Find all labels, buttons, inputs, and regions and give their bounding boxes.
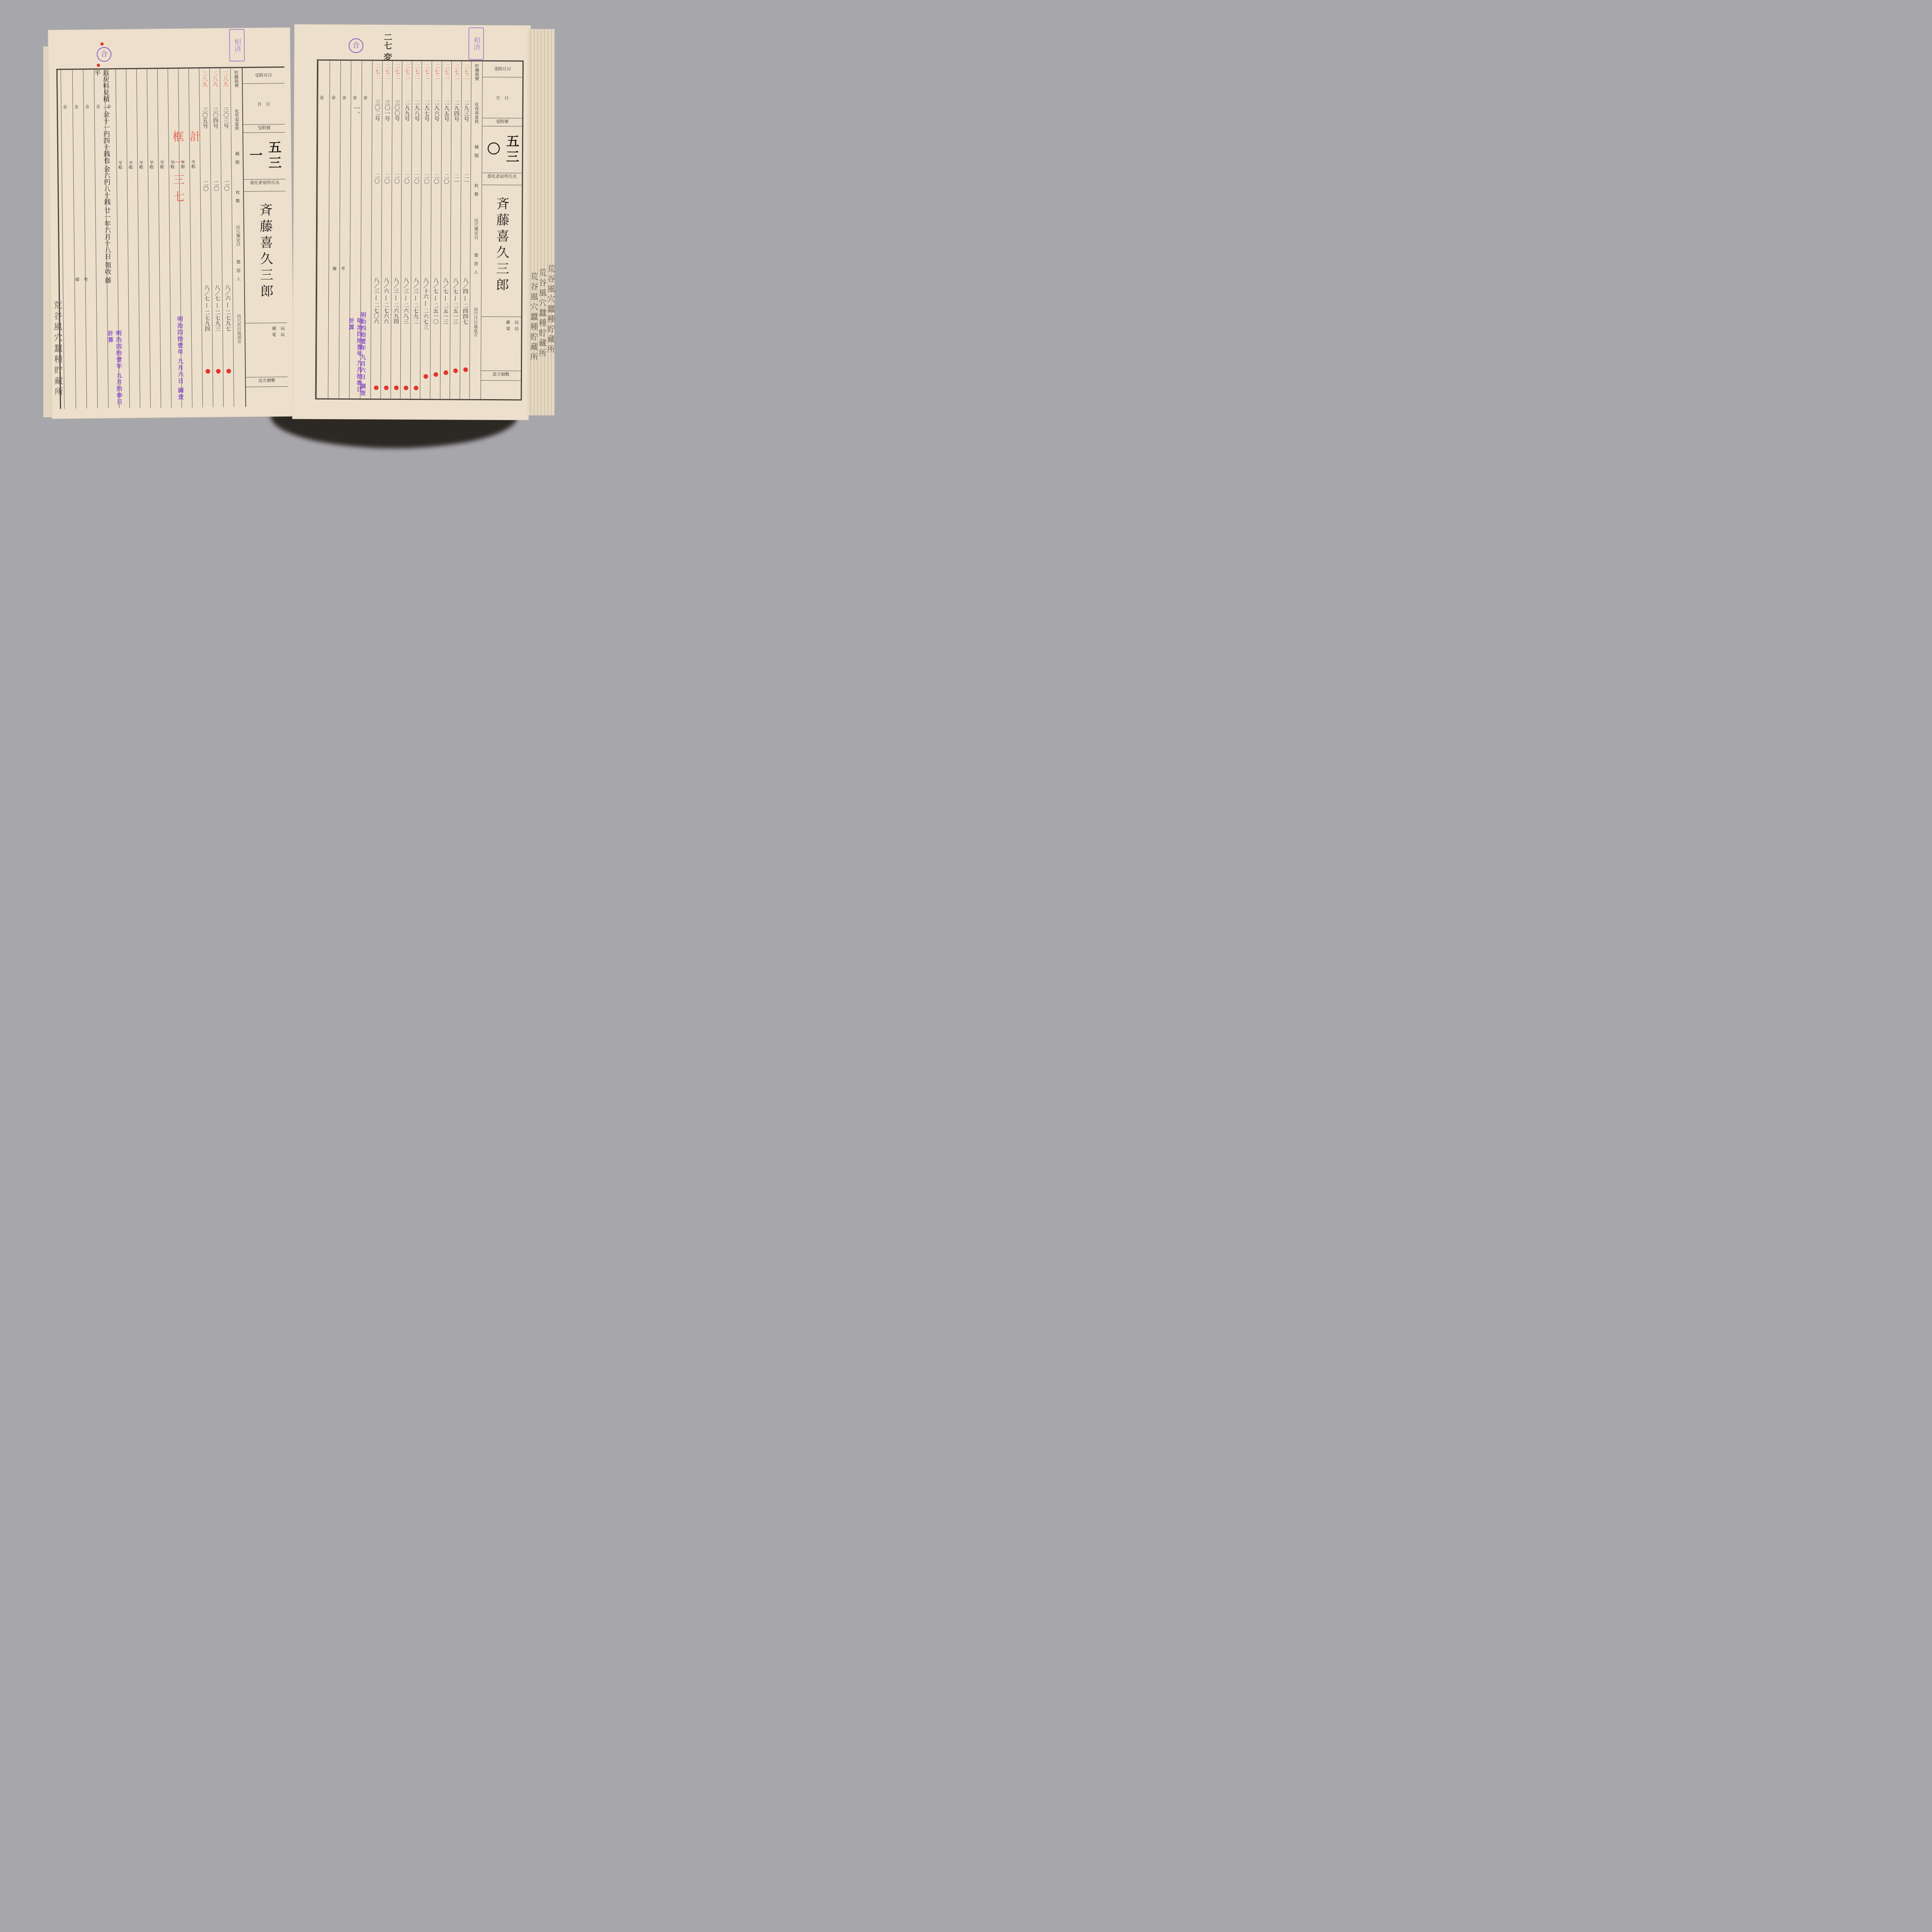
receipt-number-cell: 五三一 [243, 133, 286, 180]
header-change-note: 二七 変 [381, 33, 393, 61]
frame-unit-label: 平框 [117, 161, 123, 169]
fee-column: 金 [316, 61, 330, 398]
maker-label: 製 造 人 [236, 260, 241, 314]
return-date: 八／四 — 二四四七 [462, 278, 468, 367]
calculation-date-stamp: 明治四拾壹年 九月拾参日計算 [347, 318, 364, 398]
return-date: 八／七 — 二七九三 [214, 285, 221, 374]
fee-handwritten-note: 返戻料見積 一金十一円四十銭也 金六円八十銭 廿一年六月十八日 領收 藤平 [92, 70, 112, 286]
red-seal-dot [434, 372, 438, 377]
red-seal-dot [206, 369, 210, 374]
variety-label: 化性春夏秋 [474, 102, 480, 145]
box-number: 二八九 [201, 71, 208, 102]
red-dot [100, 43, 104, 46]
receipt-info-column: 受附月日 月 日 受附號 五三一 委托者宿所氏名 斉藤喜久三郎 郵 局 電 局 … [242, 68, 288, 407]
frame-count: 二〇 [202, 180, 209, 196]
red-seal-dot [463, 367, 468, 372]
return-date: 八／七 — 二五一三 [442, 277, 449, 366]
ledger-spine-title: 荒谷風穴蠶種貯藏所 [51, 301, 64, 398]
frame-count: 二〇 [433, 173, 439, 189]
maker-name: 斉藤喜久三郎 [255, 203, 276, 300]
completed-stamp-rect: 相済 [468, 27, 484, 60]
field-labels-column: 貯藏箱號 化性春夏秋 種 類 枚 數 出穴豫定日 製 造 人 出穴月日返送方 [469, 61, 482, 399]
money-label: 金 [351, 95, 357, 100]
storage-box-label: 貯藏箱號 [234, 70, 239, 105]
variety-number: 二九三号 [463, 100, 469, 143]
frame-count: 二〇 [374, 173, 380, 188]
receipt-number-label: 受附號 [482, 118, 522, 127]
frame-count: 二〇 [443, 173, 449, 189]
scheduled-out-label: 出穴豫定日 [473, 218, 478, 253]
red-dot [97, 64, 100, 67]
red-seal-dot [453, 369, 458, 373]
variety-number: 二九五号 [443, 100, 450, 142]
red-seal-dot [394, 386, 398, 390]
type-label: 種 類 [235, 151, 240, 190]
frame-count: 二〇 [413, 173, 419, 189]
variety-number: 三〇一号 [384, 100, 390, 142]
variety-label: 化性春夏秋 [234, 109, 240, 151]
box-number: 二七二 [394, 63, 400, 94]
maker-cell: 斉藤喜久三郎 [481, 185, 522, 317]
return-date: 八／六 — 二七九七 [224, 284, 231, 373]
storage-box-label: 貯藏箱號 [474, 64, 479, 99]
maker-label: 製 造 人 [473, 253, 478, 307]
box-number: 二七二 [423, 63, 430, 94]
telegraph-office-label: 電 局 [483, 325, 519, 332]
receipt-info-column: 受附月日 月 日 受附號 五三〇 委托者宿所氏名 斉藤喜久三郎 郵 局 電 局 … [480, 61, 522, 400]
return-count-label: 送方個數 [246, 377, 287, 387]
money-label: 金 [84, 104, 90, 109]
variety-number: 二九七号 [423, 100, 430, 142]
count-label: 枚 數 [474, 184, 479, 218]
return-date: 八／三 — 二七〇六 [373, 277, 379, 366]
box-number: 二七二 [453, 64, 459, 95]
box-number: 二七二 [404, 63, 410, 94]
return-date: 八／七 — 二七九四 [204, 285, 211, 374]
frame-unit-label: 平框 [148, 160, 154, 169]
box-number: 二八九 [212, 71, 218, 102]
receipt-date-label: 受附月日 [243, 68, 284, 84]
ledger-row: 二七二 三〇二号 二〇 八／三 — 二七〇六 [371, 61, 382, 398]
left-page: 合 相済 受附月日 月 日 受附號 五三一 委托者宿所氏名 斉藤喜久三郎 郵 局… [48, 28, 294, 418]
red-seal-dot [423, 374, 428, 379]
total-frames: 計 框 一三七 [168, 130, 203, 207]
ledger-row: 二七二 二九五号 二〇 八／七 — 二五一三 [440, 61, 451, 399]
frame-count: 二〇 [393, 173, 400, 189]
frame-count: 二〇 [223, 180, 230, 196]
frame-unit-label: 平框 [127, 161, 133, 169]
office-cell: 郵 局 電 局 [245, 323, 287, 378]
money-label: 金 [61, 105, 68, 109]
survey-date-stamp: 明治四拾壹年 九月六日 調査 [176, 316, 185, 401]
page-stack-edge: 荒谷風穴蠶種貯藏所 荒谷風穴蠶種貯藏所 荒谷風穴蠶種貯藏所 [527, 29, 554, 415]
frame-count: 二〇 [213, 180, 219, 196]
red-seal-dot [384, 386, 389, 390]
box-number: 二七二 [384, 63, 390, 94]
box-number: 二七二 [444, 63, 450, 94]
variety-number: 二九四号 [453, 100, 460, 143]
ledger-grid-left: 受附月日 月 日 受附號 五三一 委托者宿所氏名 斉藤喜久三郎 郵 局 電 局 … [58, 68, 288, 409]
maker-name: 斉藤喜久三郎 [492, 197, 511, 294]
variety-number: 三〇四号 [212, 107, 219, 150]
frame-count: 二一 [453, 173, 459, 189]
money-label: 金 [340, 95, 347, 100]
return-count-label: 送方個數 [481, 371, 521, 381]
box-number: 二七二 [463, 64, 469, 95]
money-label: 金 [362, 95, 368, 100]
return-date: 八／七 — 二五一〇 [432, 277, 439, 366]
scheduled-out-label: 出穴豫定日 [235, 225, 241, 260]
return-date: 八／三 — 二七九二 [412, 277, 419, 366]
maker-cell: 斉藤喜久三郎 [244, 191, 287, 323]
completed-stamp-rect: 相済 [229, 29, 245, 61]
ledger-row: 二七二 二九六号 二〇 八／七 — 二五一〇 [430, 61, 442, 399]
frame-unit-label: 平框 [138, 161, 144, 169]
total-label: 計 [187, 130, 201, 147]
ledger-row: 二七二 二九四号 二一 八／七 — 二五一三 [450, 61, 461, 399]
type-label: 種 類 [474, 145, 479, 184]
red-seal-dot [374, 385, 379, 390]
receipt-month-day-label: 月 日 [482, 77, 522, 119]
variety-number: 二九八号 [413, 100, 420, 142]
money-label: 金 [73, 104, 79, 109]
consignor-label: 委托者宿所氏名 [244, 179, 286, 192]
return-date: 八／三 — 二六八三 [402, 277, 409, 366]
fee-column: 金 [328, 61, 340, 398]
red-seal-dot [404, 386, 408, 390]
receipt-date-label: 受附月日 [483, 61, 522, 78]
box-number: 二七二 [414, 63, 420, 94]
remarks-label: 備 考 [75, 276, 88, 282]
post-office-label: 郵 局 [248, 325, 285, 332]
ledger-frame-right: 受附月日 月 日 受附號 五三〇 委托者宿所氏名 斉藤喜久三郎 郵 局 電 局 … [315, 60, 524, 401]
red-seal-dot [216, 369, 221, 374]
variety-number: 三〇三号 [223, 107, 229, 149]
variety-number: 三〇五号 [202, 107, 208, 150]
out-return-label: 出穴月日返送方 [236, 314, 242, 391]
red-seal-dot [226, 369, 231, 373]
fee-value: 一、 [353, 105, 359, 117]
count-label: 枚 數 [235, 190, 240, 225]
ledger-row: 二七二 二九九号 二〇 八／三 — 二六八三 [400, 61, 412, 399]
consignor-label: 委托者宿所氏名 [482, 173, 522, 185]
remarks-label: 備 考 [332, 265, 345, 272]
red-seal-dot [443, 370, 448, 375]
ledger-row: 二七二 三〇〇号 二〇 八／三 — 二六九四 [390, 61, 402, 399]
calculation-date-stamp: 明治四拾壹年 九月拾参日計算 [107, 330, 124, 408]
return-date: 八／十六 — 二六七三 [422, 277, 429, 366]
receipt-number: 五三〇 [483, 132, 521, 168]
box-number: 二七二 [374, 63, 380, 94]
out-return-label: 出穴月日返送方 [473, 307, 478, 384]
variety-number: 三〇二号 [374, 99, 381, 142]
receipt-month-day-label: 月 日 [243, 83, 285, 125]
receipt-number-cell: 五三〇 [482, 126, 522, 173]
variety-number: 三〇〇号 [394, 100, 400, 142]
right-page: 合 二七 変 相済 受附月日 月 日 受附號 五三〇 委托者宿所氏名 斉藤喜久三… [293, 24, 530, 420]
return-date: 八／三 — 二六九四 [393, 277, 399, 366]
office-cell: 郵 局 電 局 [481, 317, 521, 371]
frame-count: 二〇 [384, 173, 390, 189]
stack-edge-title: 荒谷風穴蠶種貯藏所 [545, 265, 556, 355]
frame-count: 二〇 [423, 173, 429, 189]
post-office-label: 郵 局 [483, 319, 519, 325]
ledger-row: 二七二 二九三号 二一 八／四 — 二四四七 [459, 61, 471, 399]
receipt-number-label: 受附號 [243, 124, 285, 133]
ledger-row: 二七二 二九八号 二〇 八／三 — 二七九二 [410, 61, 422, 399]
box-number: 二八九 [222, 70, 229, 101]
frame-count: 二〇 [403, 173, 410, 189]
return-date: 八／六 — 二七六六 [383, 277, 389, 366]
variety-number: 二九九号 [404, 100, 410, 142]
approval-stamp-round: 合 [97, 47, 111, 62]
box-number: 二七二 [434, 63, 440, 94]
red-seal-dot [413, 386, 418, 390]
telegraph-office-label: 電 局 [248, 332, 285, 338]
frame-count: 二一 [463, 173, 469, 189]
variety-number: 二九六号 [433, 100, 440, 142]
approval-stamp-round: 合 [349, 38, 363, 53]
ledger-row: 二七二 二九七号 二〇 八／十六 — 二六七三 [420, 61, 432, 399]
total-value: 框 一三七 [170, 131, 184, 208]
money-label: 金 [330, 95, 336, 100]
ledger-frame-left: 受附月日 月 日 受附號 五三一 委托者宿所氏名 斉藤喜久三郎 郵 局 電 局 … [56, 66, 288, 409]
money-label: 金 [318, 95, 325, 100]
receipt-number: 五三一 [245, 138, 284, 174]
ledger-row: 二七二 三〇一号 二〇 八／六 — 二七六六 [381, 61, 392, 399]
return-date: 八／七 — 二五一三 [452, 278, 459, 367]
frame-unit-label: 平框 [158, 160, 165, 169]
